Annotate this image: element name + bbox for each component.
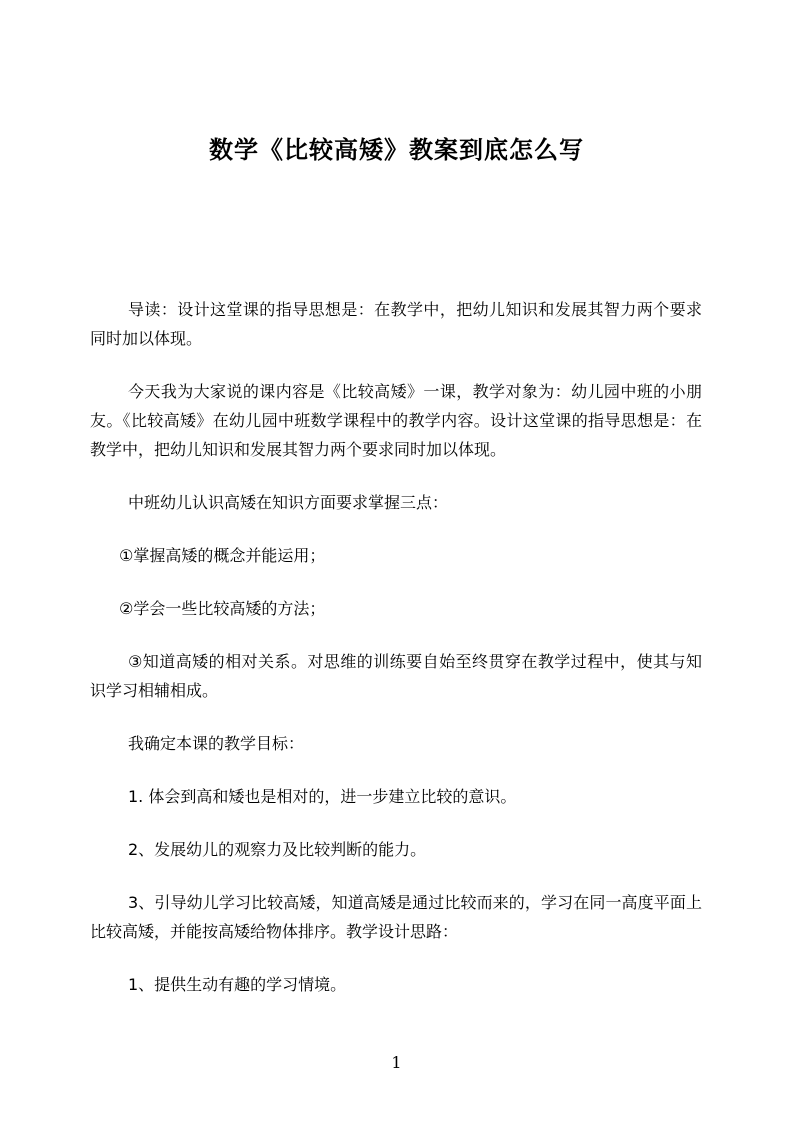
paragraph: ①掌握高矮的概念并能运用； [90, 541, 702, 570]
paragraph: 1、提供生动有趣的学习情境。 [90, 970, 702, 999]
paragraph: 中班幼儿认识高矮在知识方面要求掌握三点： [90, 488, 702, 517]
paragraph: 3、引导幼儿学习比较高矮，知道高矮是通过比较而来的，学习在同一高度平面上比较高矮… [90, 888, 702, 946]
paragraph: 1. 体会到高和矮也是相对的，进一步建立比较的意识。 [90, 782, 702, 811]
paragraph: 我确定本课的教学目标： [90, 729, 702, 758]
paragraph: 导读：设计这堂课的指导思想是：在教学中，把幼儿知识和发展其智力两个要求同时加以体… [90, 295, 702, 353]
paragraph: 2、发展幼儿的观察力及比较判断的能力。 [90, 835, 702, 864]
paragraph: 今天我为大家说的课内容是《比较高矮》一课，教学对象为：幼儿园中班的小朋友。《比较… [90, 377, 702, 464]
document-body: 导读：设计这堂课的指导思想是：在教学中，把幼儿知识和发展其智力两个要求同时加以体… [90, 295, 702, 999]
document-page: 数学《比较高矮》教案到底怎么写 导读：设计这堂课的指导思想是：在教学中，把幼儿知… [0, 0, 793, 1122]
paragraph: ②学会一些比较高矮的方法； [90, 594, 702, 623]
paragraph: ③知道高矮的相对关系。对思维的训练要自始至终贯穿在教学过程中，使其与知识学习相辅… [90, 647, 702, 705]
page-number: 1 [0, 1052, 793, 1074]
document-title: 数学《比较高矮》教案到底怎么写 [0, 0, 793, 167]
